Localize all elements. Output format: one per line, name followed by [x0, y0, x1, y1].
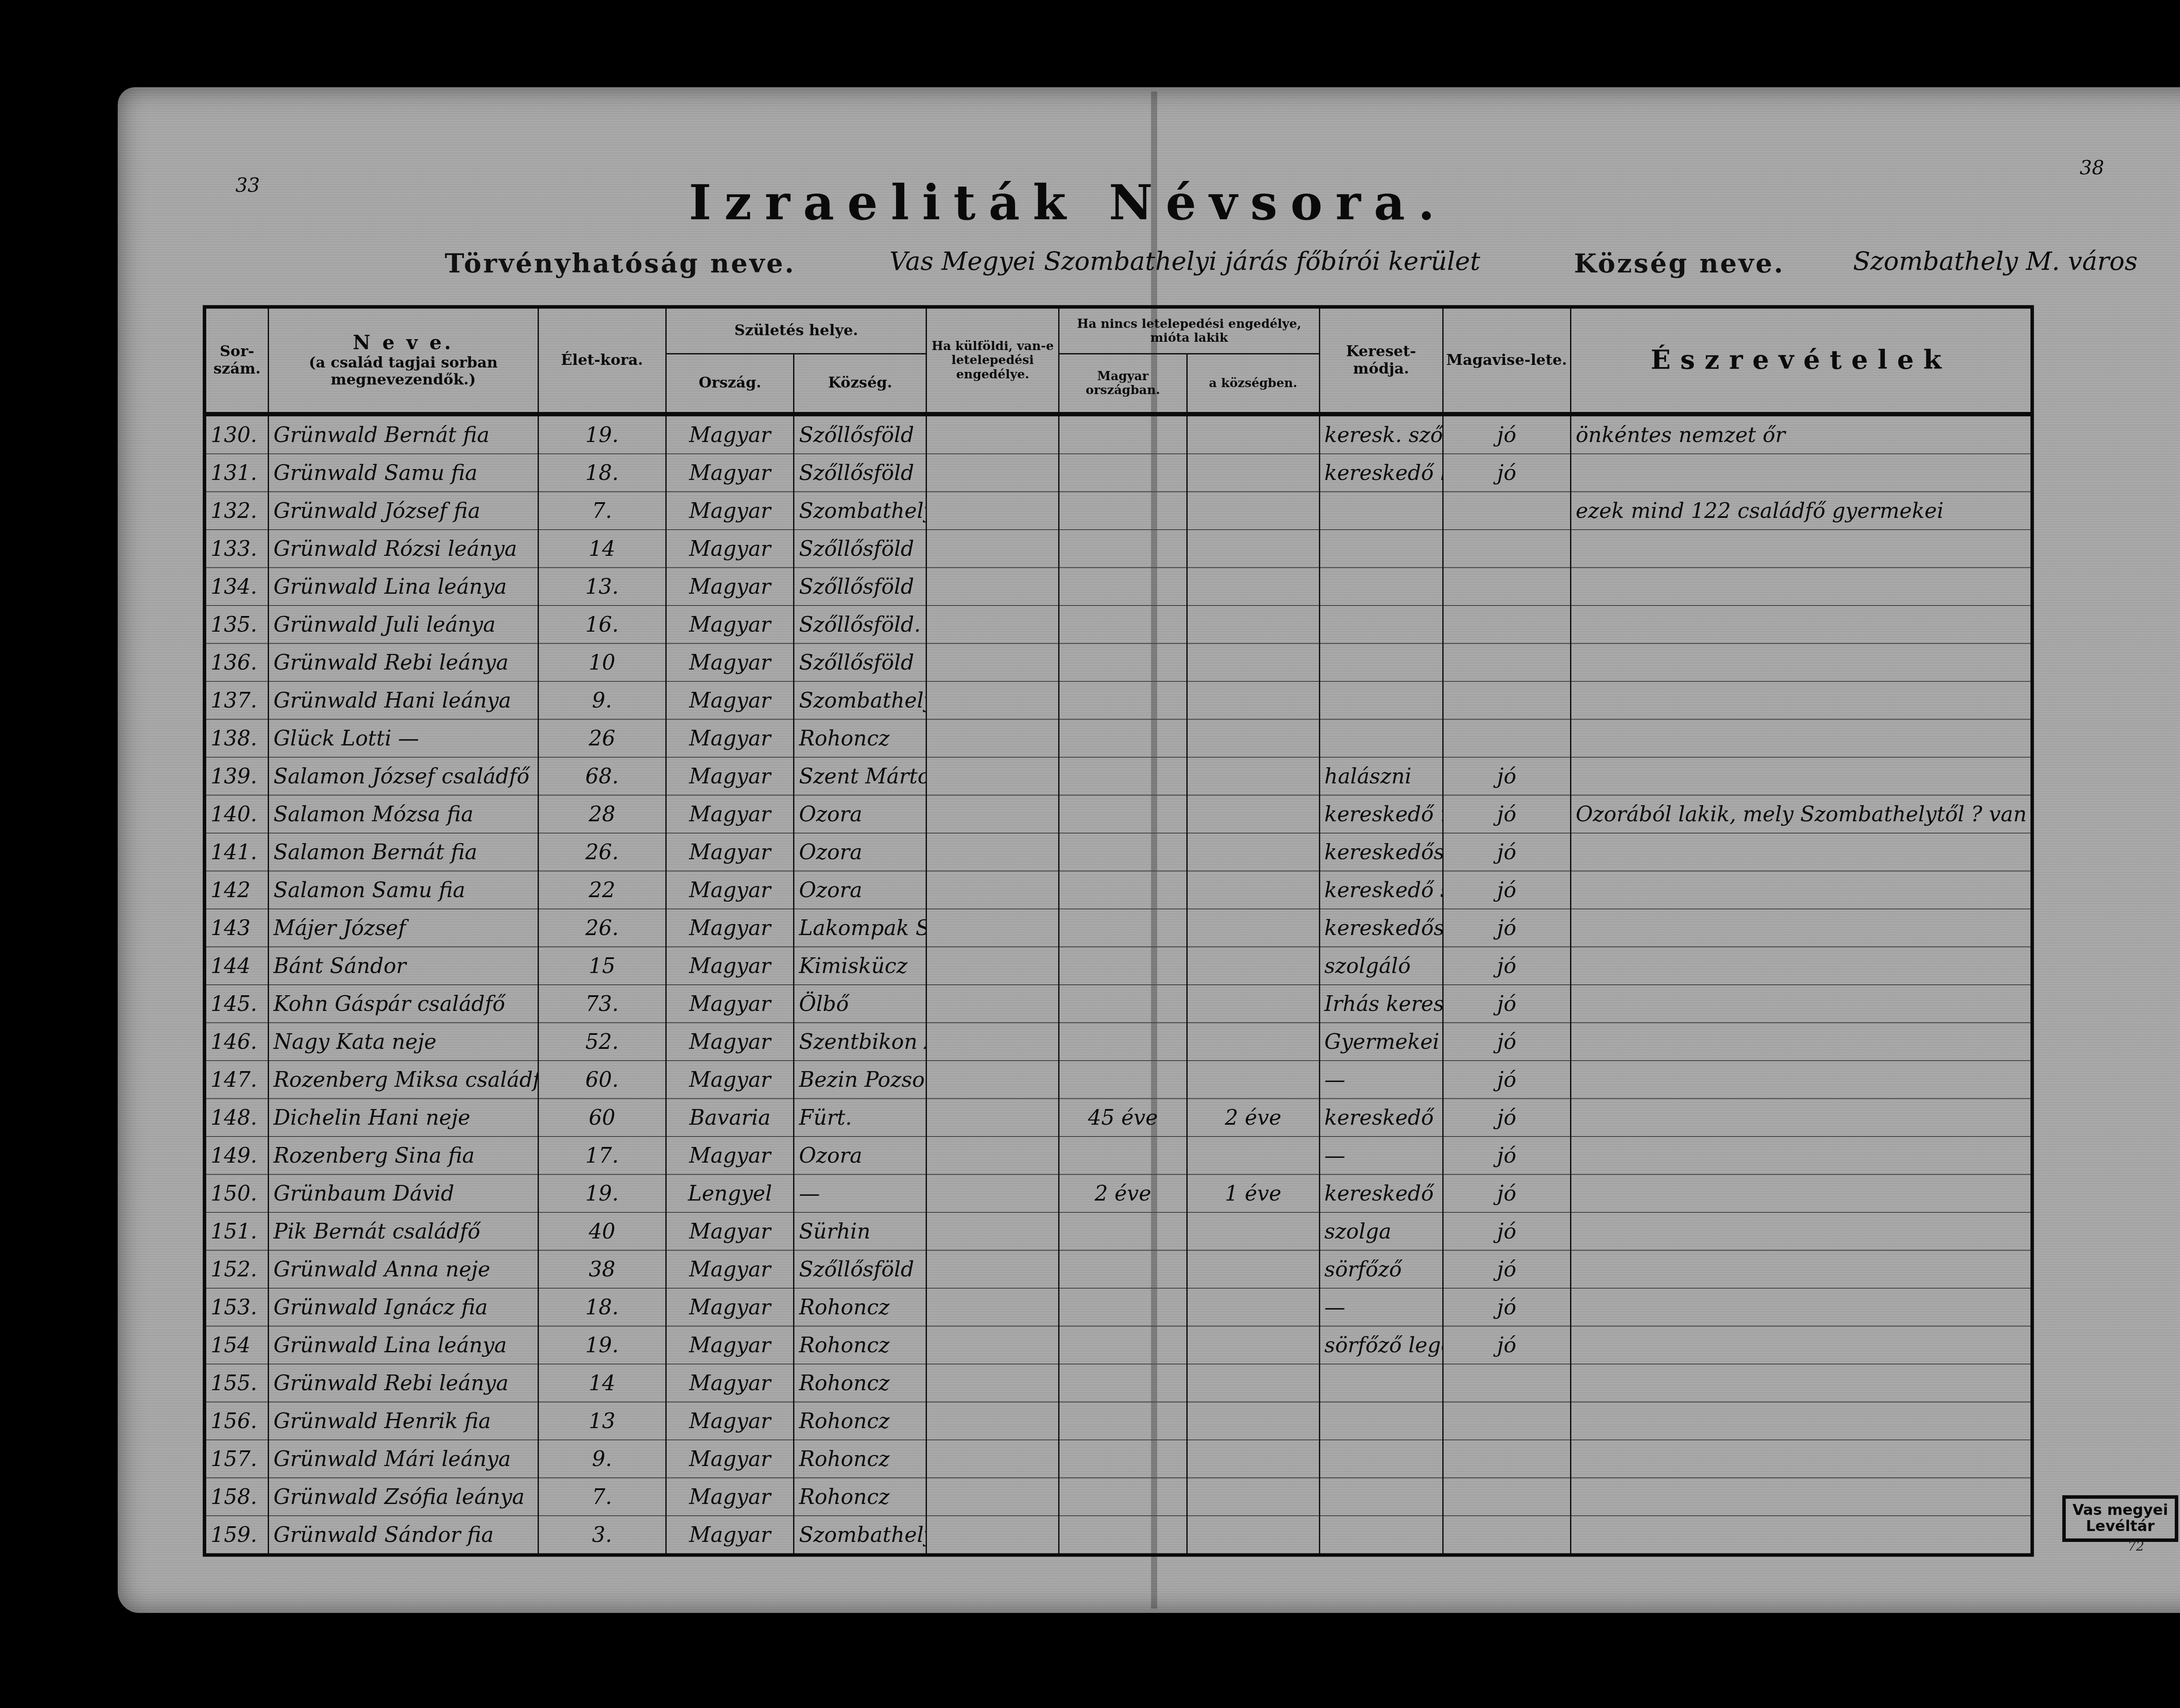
cell-person-name: Grünbaum Dávid: [269, 1174, 538, 1212]
cell-row-number: 141.: [204, 833, 269, 871]
cell-occupation: kereskedő segéd: [1319, 871, 1443, 909]
cell-occupation: kereskedő: [1319, 1099, 1443, 1136]
cell-years-in-hungary: [1059, 414, 1187, 454]
cell-age: 28: [538, 795, 666, 833]
cell-remarks: [1570, 909, 2032, 947]
col-header-kozsegben: a községben.: [1187, 354, 1319, 415]
cell-remarks: [1570, 1364, 2032, 1402]
cell-row-number: 145.: [204, 985, 269, 1023]
cell-row-number: 143: [204, 909, 269, 947]
col-header-kereset: Kereset-módja.: [1319, 307, 1443, 414]
cell-age: 18.: [538, 454, 666, 492]
cell-foreign-permit: [926, 1136, 1059, 1174]
cell-conduct: jó: [1443, 947, 1570, 985]
cell-birth-country: Magyar: [666, 871, 794, 909]
cell-remarks: [1570, 1174, 2032, 1212]
cell-years-in-hungary: [1059, 568, 1187, 606]
cell-person-name: Grünwald Rebi leánya: [269, 1364, 538, 1402]
cell-row-number: 149.: [204, 1136, 269, 1174]
cell-years-in-hungary: [1059, 1478, 1187, 1516]
cell-conduct: jó: [1443, 795, 1570, 833]
cell-age: 9.: [538, 681, 666, 719]
cell-birth-country: Magyar: [666, 947, 794, 985]
table-row: 140.Salamon Mózsa fia28MagyarOzorakeresk…: [204, 795, 2032, 833]
cell-person-name: Grünwald Juli leánya: [269, 606, 538, 643]
cell-remarks: [1570, 1212, 2032, 1250]
cell-years-in-hungary: [1059, 643, 1187, 681]
cell-person-name: Grünwald Bernát fia: [269, 414, 538, 454]
cell-person-name: Salamon Mózsa fia: [269, 795, 538, 833]
cell-row-number: 132.: [204, 492, 269, 530]
archive-stamp: Vas megyei Levéltár: [2062, 1495, 2178, 1542]
cell-years-in-town: [1187, 1364, 1319, 1402]
authority-label: Törvényhatóság neve.: [445, 248, 796, 279]
cell-birth-town: Szőllősföld: [794, 530, 926, 568]
cell-occupation: [1319, 643, 1443, 681]
cell-occupation: [1319, 1402, 1443, 1440]
cell-occupation: —: [1319, 1288, 1443, 1326]
table-row: 134.Grünwald Lina leánya13.MagyarSzőllős…: [204, 568, 2032, 606]
table-row: 155.Grünwald Rebi leánya14MagyarRohoncz: [204, 1364, 2032, 1402]
cell-foreign-permit: [926, 568, 1059, 606]
cell-conduct: jó: [1443, 454, 1570, 492]
cell-occupation: [1319, 1364, 1443, 1402]
cell-remarks: [1570, 1061, 2032, 1099]
cell-years-in-town: 2 éve: [1187, 1099, 1319, 1136]
cell-occupation: szolga: [1319, 1212, 1443, 1250]
cell-birth-country: Magyar: [666, 1061, 794, 1099]
cell-person-name: Salamon József családfő: [269, 757, 538, 795]
cell-birth-town: Szent Márton: [794, 757, 926, 795]
cell-age: 22: [538, 871, 666, 909]
cell-foreign-permit: [926, 1364, 1059, 1402]
cell-birth-town: Ölbő: [794, 985, 926, 1023]
cell-age: 68.: [538, 757, 666, 795]
cell-occupation: [1319, 1516, 1443, 1555]
table-row: 154Grünwald Lina leánya19.MagyarRohonczs…: [204, 1326, 2032, 1364]
cell-person-name: Grünwald Mári leánya: [269, 1440, 538, 1478]
cell-birth-town: Szombathely: [794, 681, 926, 719]
table-row: 159.Grünwald Sándor fia3.MagyarSzombathe…: [204, 1516, 2032, 1555]
cell-birth-country: Magyar: [666, 1136, 794, 1174]
cell-years-in-town: [1187, 985, 1319, 1023]
cell-conduct: jó: [1443, 1326, 1570, 1364]
cell-age: 15: [538, 947, 666, 985]
cell-foreign-permit: [926, 719, 1059, 757]
cell-occupation: Gyermekei tartják: [1319, 1023, 1443, 1061]
cell-remarks: [1570, 643, 2032, 681]
cell-birth-country: Magyar: [666, 1326, 794, 1364]
table-row: 158.Grünwald Zsófia leánya7.MagyarRohonc…: [204, 1478, 2032, 1516]
cell-birth-town: Sürhin: [794, 1212, 926, 1250]
cell-age: 14: [538, 530, 666, 568]
cell-remarks: [1570, 1099, 2032, 1136]
cell-years-in-town: [1187, 795, 1319, 833]
cell-years-in-town: [1187, 568, 1319, 606]
cell-person-name: Májer József: [269, 909, 538, 947]
cell-conduct: jó: [1443, 985, 1570, 1023]
cell-birth-town: Ozora: [794, 833, 926, 871]
table-row: 136.Grünwald Rebi leánya10MagyarSzőllősf…: [204, 643, 2032, 681]
cell-years-in-town: [1187, 606, 1319, 643]
cell-years-in-hungary: 45 éve: [1059, 1099, 1187, 1136]
cell-years-in-town: [1187, 1136, 1319, 1174]
cell-remarks: [1570, 606, 2032, 643]
col-header-neve-title: N e v e.: [272, 332, 535, 354]
cell-birth-town: Szőllősföld: [794, 454, 926, 492]
municipality-label: Község neve.: [1574, 248, 1785, 279]
cell-age: 19.: [538, 1174, 666, 1212]
cell-age: 7.: [538, 492, 666, 530]
cell-occupation: [1319, 1440, 1443, 1478]
cell-person-name: Pik Bernát családfő: [269, 1212, 538, 1250]
cell-birth-country: Magyar: [666, 606, 794, 643]
cell-birth-country: Bavaria: [666, 1099, 794, 1136]
cell-age: 38: [538, 1250, 666, 1288]
cell-birth-country: Magyar: [666, 1478, 794, 1516]
cell-birth-town: Szőllősföld: [794, 568, 926, 606]
cell-conduct: [1443, 530, 1570, 568]
cell-years-in-town: [1187, 454, 1319, 492]
cell-years-in-town: [1187, 1440, 1319, 1478]
cell-foreign-permit: [926, 1099, 1059, 1136]
cell-foreign-permit: [926, 1440, 1059, 1478]
cell-years-in-town: [1187, 719, 1319, 757]
cell-birth-town: Rohoncz: [794, 1288, 926, 1326]
cell-age: 19.: [538, 414, 666, 454]
cell-remarks: [1570, 1478, 2032, 1516]
cell-remarks: [1570, 1402, 2032, 1440]
cell-row-number: 139.: [204, 757, 269, 795]
cell-foreign-permit: [926, 1326, 1059, 1364]
table-row: 130.Grünwald Bernát fia19.MagyarSzőllősf…: [204, 414, 2032, 454]
cell-conduct: [1443, 1478, 1570, 1516]
cell-conduct: [1443, 568, 1570, 606]
cell-person-name: Salamon Samu fia: [269, 871, 538, 909]
col-header-eszrevetelek: Észrevételek: [1570, 307, 2032, 414]
cell-years-in-hungary: [1059, 1288, 1187, 1326]
cell-foreign-permit: [926, 1174, 1059, 1212]
cell-years-in-hungary: [1059, 454, 1187, 492]
cell-row-number: 151.: [204, 1212, 269, 1250]
cell-conduct: jó: [1443, 1099, 1570, 1136]
cell-age: 19.: [538, 1326, 666, 1364]
cell-person-name: Salamon Bernát fia: [269, 833, 538, 871]
cell-years-in-town: [1187, 1478, 1319, 1516]
cell-years-in-hungary: [1059, 871, 1187, 909]
cell-row-number: 155.: [204, 1364, 269, 1402]
cell-birth-town: Szombathely: [794, 1516, 926, 1555]
cell-birth-country: Magyar: [666, 1288, 794, 1326]
cell-foreign-permit: [926, 1023, 1059, 1061]
cell-birth-town: Kimiskücz: [794, 947, 926, 985]
cell-row-number: 152.: [204, 1250, 269, 1288]
cell-birth-town: Bezin Pozsony: [794, 1061, 926, 1099]
cell-occupation: kereskedő nagy: [1319, 795, 1443, 833]
cell-birth-town: Szőllősföld.: [794, 606, 926, 643]
cell-years-in-hungary: [1059, 1516, 1187, 1555]
cell-foreign-permit: [926, 795, 1059, 833]
table-row: 141.Salamon Bernát fia26.MagyarOzorakere…: [204, 833, 2032, 871]
cell-years-in-town: [1187, 643, 1319, 681]
cell-row-number: 135.: [204, 606, 269, 643]
cell-birth-town: Szőllősföld: [794, 1250, 926, 1288]
cell-years-in-town: [1187, 1402, 1319, 1440]
cell-foreign-permit: [926, 947, 1059, 985]
cell-birth-country: Magyar: [666, 1250, 794, 1288]
cell-foreign-permit: [926, 414, 1059, 454]
cell-birth-town: Ozora: [794, 795, 926, 833]
cell-years-in-town: [1187, 681, 1319, 719]
cell-conduct: jó: [1443, 1023, 1570, 1061]
cell-age: 7.: [538, 1478, 666, 1516]
cell-years-in-hungary: [1059, 492, 1187, 530]
cell-conduct: jó: [1443, 871, 1570, 909]
cell-years-in-hungary: [1059, 606, 1187, 643]
cell-birth-country: Magyar: [666, 492, 794, 530]
cell-occupation: kereskedő legény: [1319, 454, 1443, 492]
cell-row-number: 138.: [204, 719, 269, 757]
cell-years-in-hungary: [1059, 719, 1187, 757]
cell-occupation: [1319, 719, 1443, 757]
cell-years-in-hungary: [1059, 833, 1187, 871]
cell-person-name: Grünwald Sándor fia: [269, 1516, 538, 1555]
cell-conduct: [1443, 719, 1570, 757]
cell-remarks: [1570, 985, 2032, 1023]
cell-row-number: 148.: [204, 1099, 269, 1136]
cell-age: 13: [538, 1402, 666, 1440]
cell-birth-country: Magyar: [666, 414, 794, 454]
cell-age: 60: [538, 1099, 666, 1136]
cell-years-in-hungary: [1059, 1023, 1187, 1061]
cell-years-in-hungary: 2 éve: [1059, 1174, 1187, 1212]
table-row: 144Bánt Sándor15MagyarKimisküczszolgálój…: [204, 947, 2032, 985]
cell-birth-country: Magyar: [666, 454, 794, 492]
cell-conduct: [1443, 492, 1570, 530]
cell-conduct: [1443, 643, 1570, 681]
cell-remarks: [1570, 1288, 2032, 1326]
cell-years-in-town: [1187, 1250, 1319, 1288]
cell-years-in-hungary: [1059, 1212, 1187, 1250]
cell-foreign-permit: [926, 985, 1059, 1023]
cell-foreign-permit: [926, 454, 1059, 492]
col-header-kozseg: Község.: [794, 354, 926, 415]
cell-birth-country: Magyar: [666, 1212, 794, 1250]
archive-number: 72: [2128, 1539, 2144, 1554]
cell-foreign-permit: [926, 909, 1059, 947]
cell-conduct: [1443, 606, 1570, 643]
cell-age: 17.: [538, 1136, 666, 1174]
cell-birth-country: Magyar: [666, 985, 794, 1023]
col-header-neve-sub: (a család tagjai sorban megnevezendők.): [272, 354, 535, 388]
cell-birth-town: Rohoncz: [794, 719, 926, 757]
cell-occupation: sörfőző legény: [1319, 1326, 1443, 1364]
cell-birth-country: Magyar: [666, 833, 794, 871]
cell-years-in-town: [1187, 947, 1319, 985]
cell-years-in-town: [1187, 833, 1319, 871]
cell-age: 26: [538, 719, 666, 757]
cell-person-name: Rozenberg Miksa családfő: [269, 1061, 538, 1099]
cell-foreign-permit: [926, 1478, 1059, 1516]
col-header-kulfoldi: Ha külföldi, van-e letelepedési engedély…: [926, 307, 1059, 414]
cell-row-number: 134.: [204, 568, 269, 606]
cell-row-number: 146.: [204, 1023, 269, 1061]
cell-years-in-hungary: [1059, 1440, 1187, 1478]
cell-age: 73.: [538, 985, 666, 1023]
cell-conduct: jó: [1443, 1212, 1570, 1250]
cell-birth-country: Magyar: [666, 795, 794, 833]
cell-foreign-permit: [926, 833, 1059, 871]
cell-person-name: Grünwald Rebi leánya: [269, 643, 538, 681]
cell-age: 26.: [538, 833, 666, 871]
cell-occupation: szolgáló: [1319, 947, 1443, 985]
cell-years-in-hungary: [1059, 985, 1187, 1023]
cell-foreign-permit: [926, 681, 1059, 719]
cell-years-in-town: [1187, 871, 1319, 909]
cell-remarks: [1570, 719, 2032, 757]
cell-conduct: jó: [1443, 757, 1570, 795]
cell-foreign-permit: [926, 757, 1059, 795]
cell-occupation: [1319, 492, 1443, 530]
cell-birth-country: Magyar: [666, 909, 794, 947]
table-row: 145.Kohn Gáspár családfő73.MagyarÖlbőIrh…: [204, 985, 2032, 1023]
cell-birth-country: Magyar: [666, 1516, 794, 1555]
cell-age: 60.: [538, 1061, 666, 1099]
table-row: 137.Grünwald Hani leánya9.MagyarSzombath…: [204, 681, 2032, 719]
cell-years-in-town: [1187, 1061, 1319, 1099]
cell-person-name: Grünwald Rózsi leánya: [269, 530, 538, 568]
cell-remarks: [1570, 833, 2032, 871]
table-row: 133.Grünwald Rózsi leánya14MagyarSzőllős…: [204, 530, 2032, 568]
cell-conduct: [1443, 681, 1570, 719]
stamp-line-1: Vas megyei: [2070, 1502, 2170, 1518]
cell-remarks: [1570, 1023, 2032, 1061]
cell-conduct: jó: [1443, 833, 1570, 871]
cell-birth-country: Magyar: [666, 568, 794, 606]
stamp-line-2: Levéltár: [2070, 1518, 2170, 1534]
cell-years-in-hungary: [1059, 757, 1187, 795]
cell-age: 26.: [538, 909, 666, 947]
cell-age: 16.: [538, 606, 666, 643]
cell-age: 40: [538, 1212, 666, 1250]
cell-years-in-town: [1187, 492, 1319, 530]
table-row: 153.Grünwald Ignácz fia18.MagyarRohoncz—…: [204, 1288, 2032, 1326]
cell-person-name: Bánt Sándor: [269, 947, 538, 985]
cell-years-in-hungary: [1059, 1136, 1187, 1174]
cell-occupation: [1319, 681, 1443, 719]
cell-occupation: kereskedősegéd: [1319, 833, 1443, 871]
cell-birth-town: —: [794, 1174, 926, 1212]
cell-years-in-hungary: [1059, 1326, 1187, 1364]
cell-conduct: jó: [1443, 1061, 1570, 1099]
cell-birth-country: Magyar: [666, 681, 794, 719]
cell-occupation: [1319, 606, 1443, 643]
cell-birth-town: Lakompak Sopron: [794, 909, 926, 947]
table-row: 146.Nagy Kata neje52.MagyarSzentbikon Za…: [204, 1023, 2032, 1061]
cell-years-in-hungary: [1059, 681, 1187, 719]
cell-remarks: [1570, 1250, 2032, 1288]
cell-person-name: Grünwald Samu fia: [269, 454, 538, 492]
cell-birth-town: Szőllősföld: [794, 414, 926, 454]
cell-years-in-hungary: [1059, 909, 1187, 947]
cell-birth-town: Rohoncz: [794, 1402, 926, 1440]
cell-foreign-permit: [926, 871, 1059, 909]
cell-person-name: Grünwald Lina leánya: [269, 568, 538, 606]
cell-occupation: kereskedő: [1319, 1174, 1443, 1212]
register-table: Sor-szám. N e v e. (a család tagjai sorb…: [203, 305, 2034, 1557]
cell-birth-town: Rohoncz: [794, 1326, 926, 1364]
cell-row-number: 136.: [204, 643, 269, 681]
col-header-magaviselet: Magavise-lete.: [1443, 307, 1570, 414]
cell-birth-country: Magyar: [666, 719, 794, 757]
cell-years-in-town: 1 éve: [1187, 1174, 1319, 1212]
cell-row-number: 147.: [204, 1061, 269, 1099]
cell-foreign-permit: [926, 530, 1059, 568]
cell-remarks: [1570, 757, 2032, 795]
cell-row-number: 157.: [204, 1440, 269, 1478]
table-row: 156.Grünwald Henrik fia13MagyarRohoncz: [204, 1402, 2032, 1440]
cell-birth-country: Magyar: [666, 1440, 794, 1478]
cell-row-number: 144: [204, 947, 269, 985]
cell-conduct: [1443, 1516, 1570, 1555]
cell-conduct: [1443, 1364, 1570, 1402]
table-row: 147.Rozenberg Miksa családfő60.MagyarBez…: [204, 1061, 2032, 1099]
cell-years-in-hungary: [1059, 795, 1187, 833]
cell-conduct: jó: [1443, 1288, 1570, 1326]
cell-years-in-town: [1187, 1326, 1319, 1364]
cell-years-in-hungary: [1059, 530, 1187, 568]
document-title: Izraeliták Névsora.: [689, 174, 1448, 231]
cell-person-name: Nagy Kata neje: [269, 1023, 538, 1061]
cell-age: 18.: [538, 1288, 666, 1326]
cell-birth-country: Magyar: [666, 643, 794, 681]
cell-foreign-permit: [926, 1516, 1059, 1555]
cell-birth-country: Magyar: [666, 757, 794, 795]
cell-person-name: Grünwald József fia: [269, 492, 538, 530]
cell-row-number: 150.: [204, 1174, 269, 1212]
table-row: 151.Pik Bernát családfő40MagyarSürhinszo…: [204, 1212, 2032, 1250]
cell-occupation: —: [1319, 1136, 1443, 1174]
table-row: 150.Grünbaum Dávid19.Lengyel—2 éve1 évek…: [204, 1174, 2032, 1212]
cell-birth-country: Magyar: [666, 1364, 794, 1402]
cell-row-number: 137.: [204, 681, 269, 719]
table-row: 157.Grünwald Mári leánya9.MagyarRohoncz: [204, 1440, 2032, 1478]
cell-years-in-town: [1187, 1212, 1319, 1250]
cell-remarks: Ozorából lakik, mely Szombathelytől ? va…: [1570, 795, 2032, 833]
cell-years-in-hungary: [1059, 1250, 1187, 1288]
cell-person-name: Rozenberg Sina fia: [269, 1136, 538, 1174]
cell-age: 14: [538, 1364, 666, 1402]
cell-remarks: [1570, 1440, 2032, 1478]
cell-remarks: [1570, 568, 2032, 606]
cell-years-in-hungary: [1059, 1061, 1187, 1099]
table-row: 152.Grünwald Anna neje38MagyarSzőllősföl…: [204, 1250, 2032, 1288]
cell-row-number: 131.: [204, 454, 269, 492]
cell-occupation: —: [1319, 1061, 1443, 1099]
cell-age: 10: [538, 643, 666, 681]
cell-age: 3.: [538, 1516, 666, 1555]
cell-foreign-permit: [926, 1212, 1059, 1250]
cell-remarks: [1570, 681, 2032, 719]
cell-person-name: Grünwald Ignácz fia: [269, 1288, 538, 1326]
cell-foreign-permit: [926, 1402, 1059, 1440]
cell-row-number: 159.: [204, 1516, 269, 1555]
cell-birth-country: Magyar: [666, 1402, 794, 1440]
cell-remarks: [1570, 947, 2032, 985]
cell-row-number: 156.: [204, 1402, 269, 1440]
cell-foreign-permit: [926, 1250, 1059, 1288]
cell-occupation: Irhás kereskedésen: [1319, 985, 1443, 1023]
